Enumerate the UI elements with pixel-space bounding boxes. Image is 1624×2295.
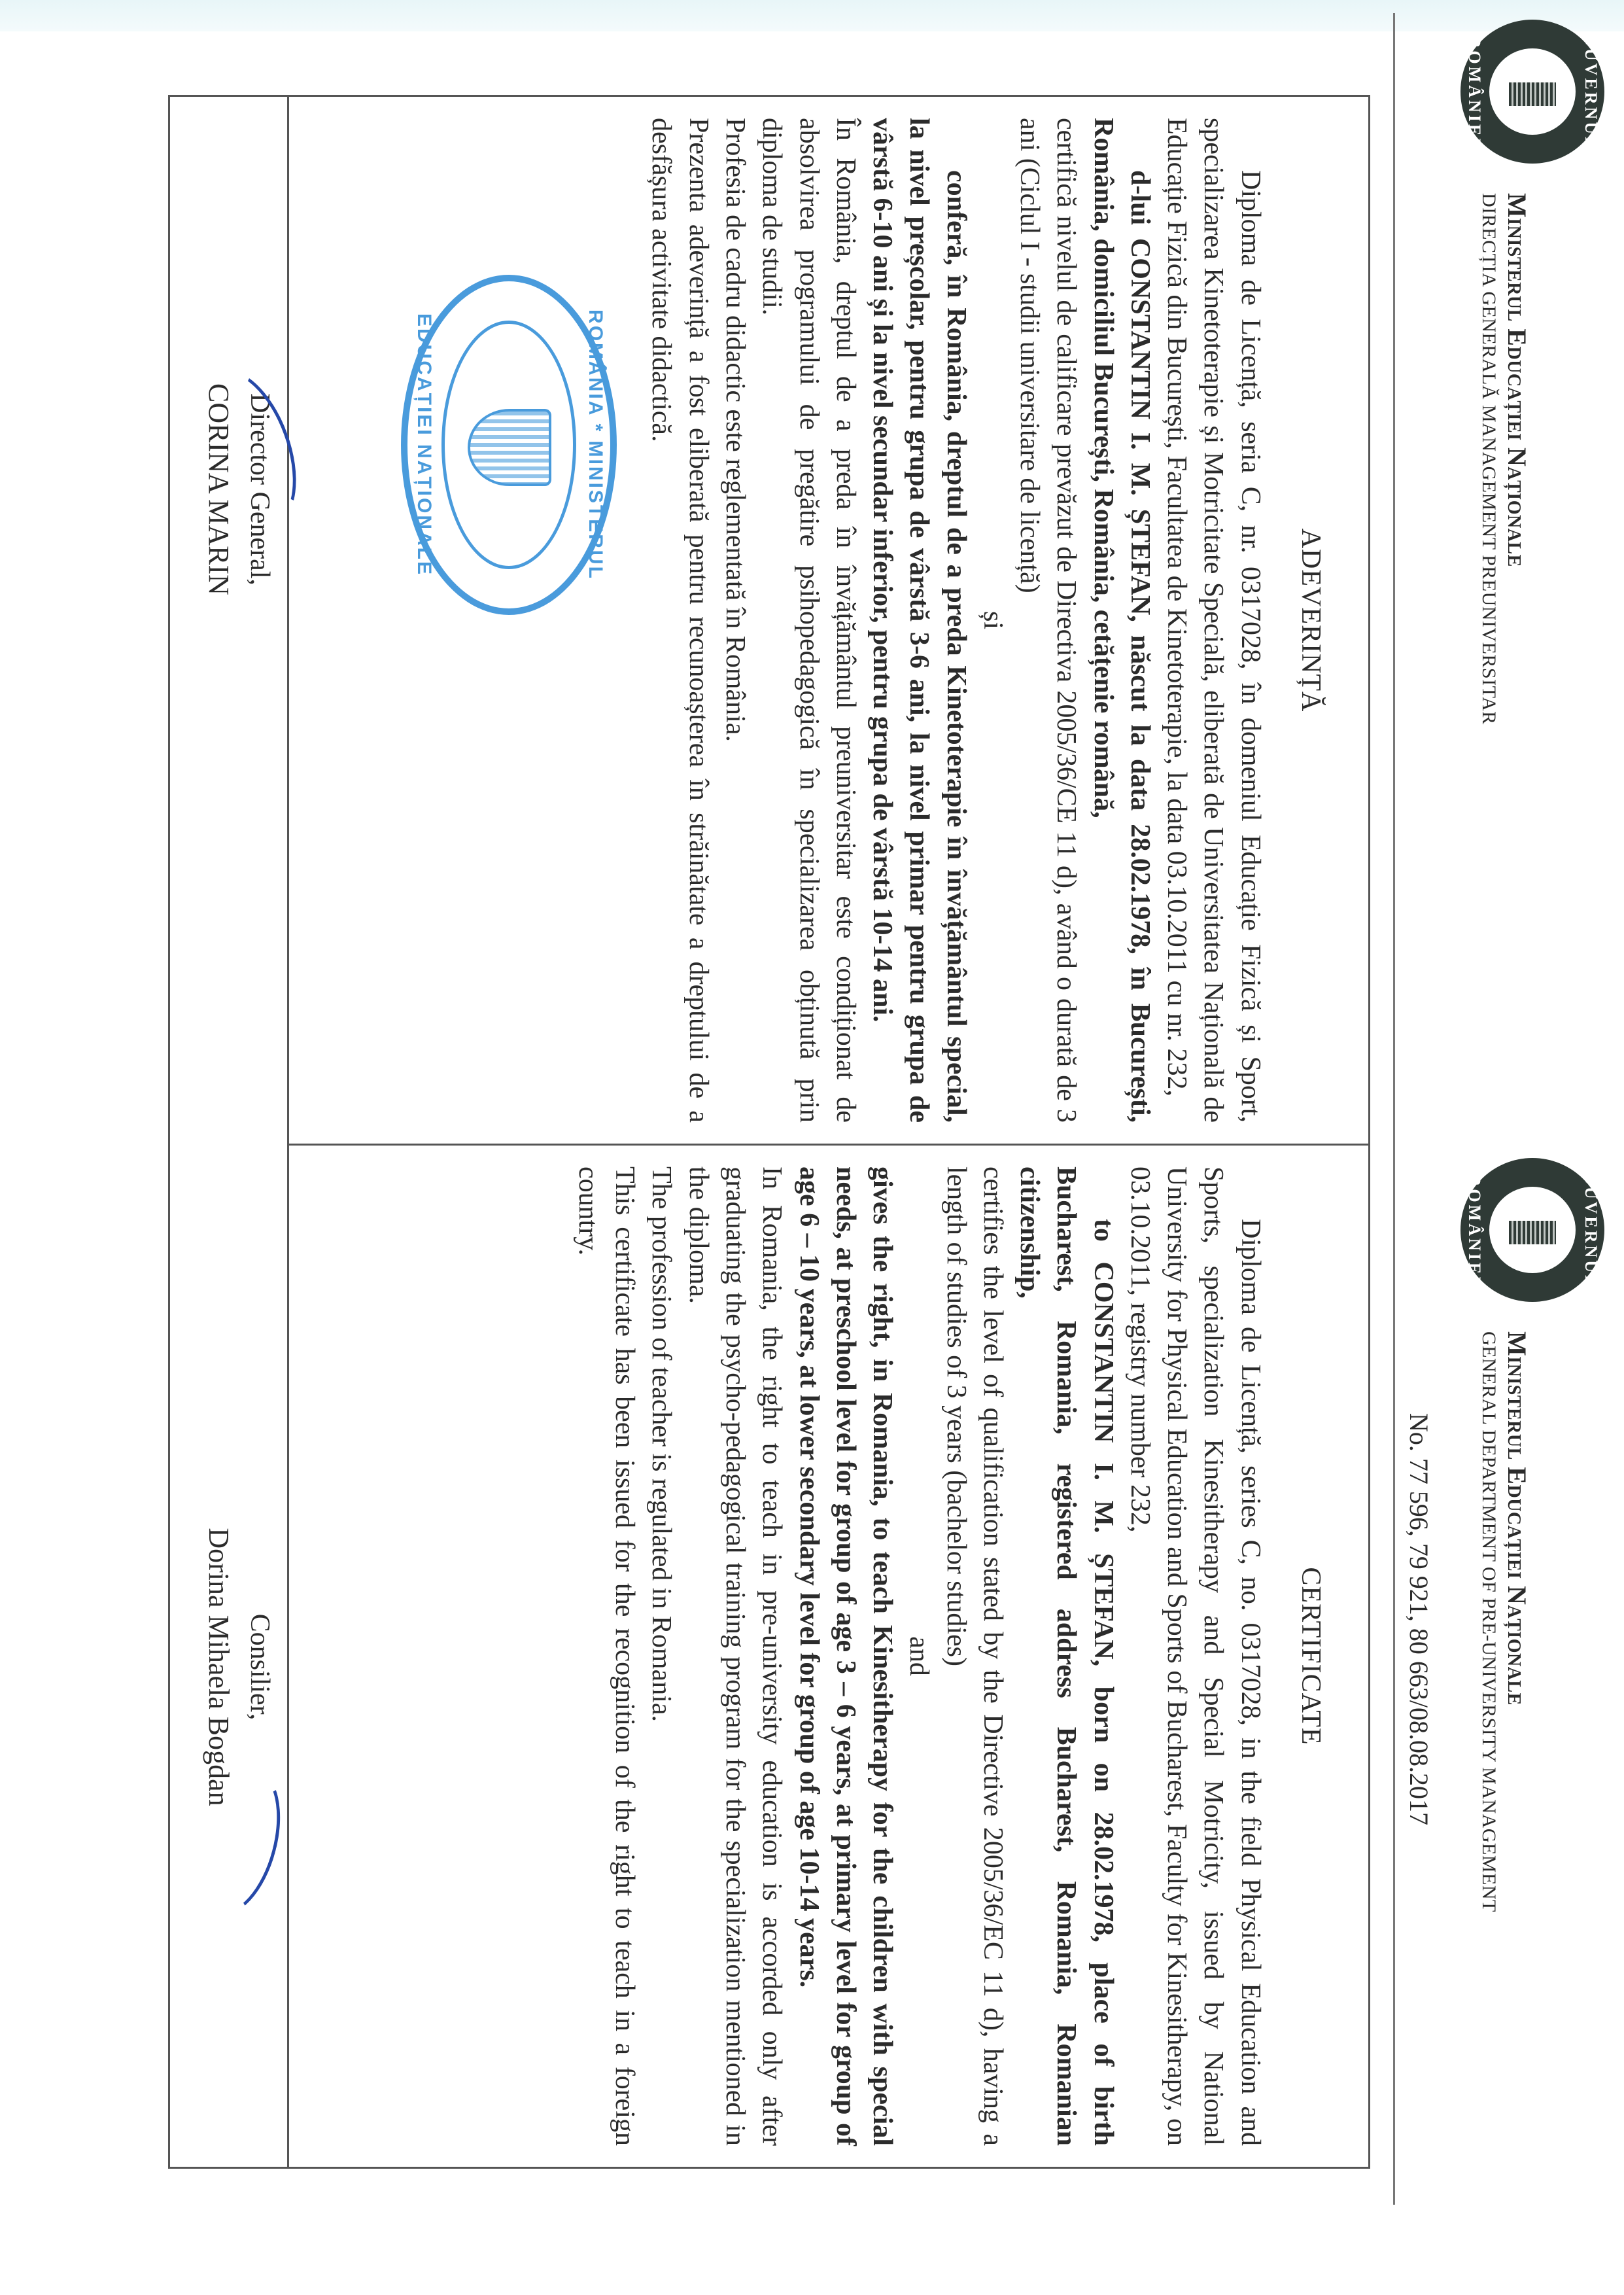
stamp-coat-of-arms-icon [468,409,551,486]
english-condition-paragraph: In Romania, the right to teach in pre-un… [680,1166,790,2146]
ministry-name: Ministerul Educației Naționale [1502,193,1532,567]
seal-top-text: GUVERNUL [1581,1158,1600,1302]
english-holder-paragraph: to CONSTANTIN I. M. ȘTEFAN, born on 28.0… [1011,1166,1122,2146]
romanian-rights-paragraph: conferă, în România, dreptul de a preda … [864,118,975,1123]
header-romanian: GUVERNUL ROMÂNIEI Ministerul Educației N… [1447,20,1604,1001]
romanian-condition-paragraph: În România, dreptul de a preda în învăță… [753,118,864,1123]
romanian-conjunction: și [975,118,1011,1123]
romanian-holder-paragraph: d-lui CONSTANTIN I. M. ȘTEFAN, născut la… [1084,118,1158,1123]
english-regulation-paragraph: The profession of teacher is regulated i… [643,1166,680,2146]
romanian-purpose-paragraph: Prezenta adeverință a fost eliberată pen… [643,118,717,1123]
seal-bottom-text: ROMÂNIEI [1464,1158,1484,1302]
stamp-top-text: ROMÂNIA * MINISTERUL [584,281,606,608]
romanian-diploma-paragraph: Diploma de Licență, seria C, nr. 0317028… [1158,118,1269,1123]
official-stamp-icon: ROMÂNIA * MINISTERUL EDUCAȚIEI NAȚIONALE [401,275,617,615]
certificate-table: ADEVERINȚĂ Diploma de Licență, seria C, … [168,95,1370,2169]
ministry-name: Ministerul Educației Naționale [1502,1331,1532,1706]
english-rights-paragraph: gives the right, in Romania, to teach Ki… [790,1166,901,2146]
document-page: GUVERNUL ROMÂNIEI Ministerul Educației N… [0,0,1624,2295]
english-qualification-paragraph: certifies the level of qualification sta… [937,1166,1011,2146]
seal-top-text: GUVERNUL [1581,20,1600,164]
header-english: GUVERNUL ROMÂNIEI Ministerul Educației N… [1447,1158,1604,2074]
english-diploma-paragraph: Diploma de Licență, series C, no. 031702… [1122,1166,1269,2146]
romanian-column: ADEVERINȚĂ Diploma de Licență, seria C, … [289,97,1368,1144]
english-title: CERTIFICATE [1292,1166,1329,2146]
romanian-title: ADEVERINȚĂ [1292,118,1329,1123]
department-name: GENERAL DEPARTMENT OF PRE-UNIVERSITY MAN… [1477,1331,1500,1912]
department-name: DIRECȚIA GENERALĂ MANAGEMENT PREUNIVERSI… [1477,193,1500,725]
coat-of-arms-icon [1487,46,1578,137]
romanian-regulation-paragraph: Profesia de cadru didactic este reglemen… [717,118,753,1123]
english-column: CERTIFICATE Diploma de Licență, series C… [289,1144,1368,2167]
english-purpose-paragraph: This certificate has been issued for the… [570,1166,644,2146]
header-divider [1393,13,1395,2205]
seal-bottom-text: ROMÂNIEI [1464,20,1484,164]
government-seal-icon: GUVERNUL ROMÂNIEI [1460,20,1604,164]
stamp-bottom-text: EDUCAȚIEI NAȚIONALE [413,281,435,608]
government-seal-icon: GUVERNUL ROMÂNIEI [1460,1158,1604,1302]
romanian-qualification-paragraph: certifică nivelul de calificare prevăzut… [1011,118,1085,1123]
english-conjunction: and [901,1166,937,2146]
document-number: No. 77 596, 79 921, 80 663/08.08.2017 [1404,1413,1434,1825]
coat-of-arms-icon [1487,1184,1578,1276]
